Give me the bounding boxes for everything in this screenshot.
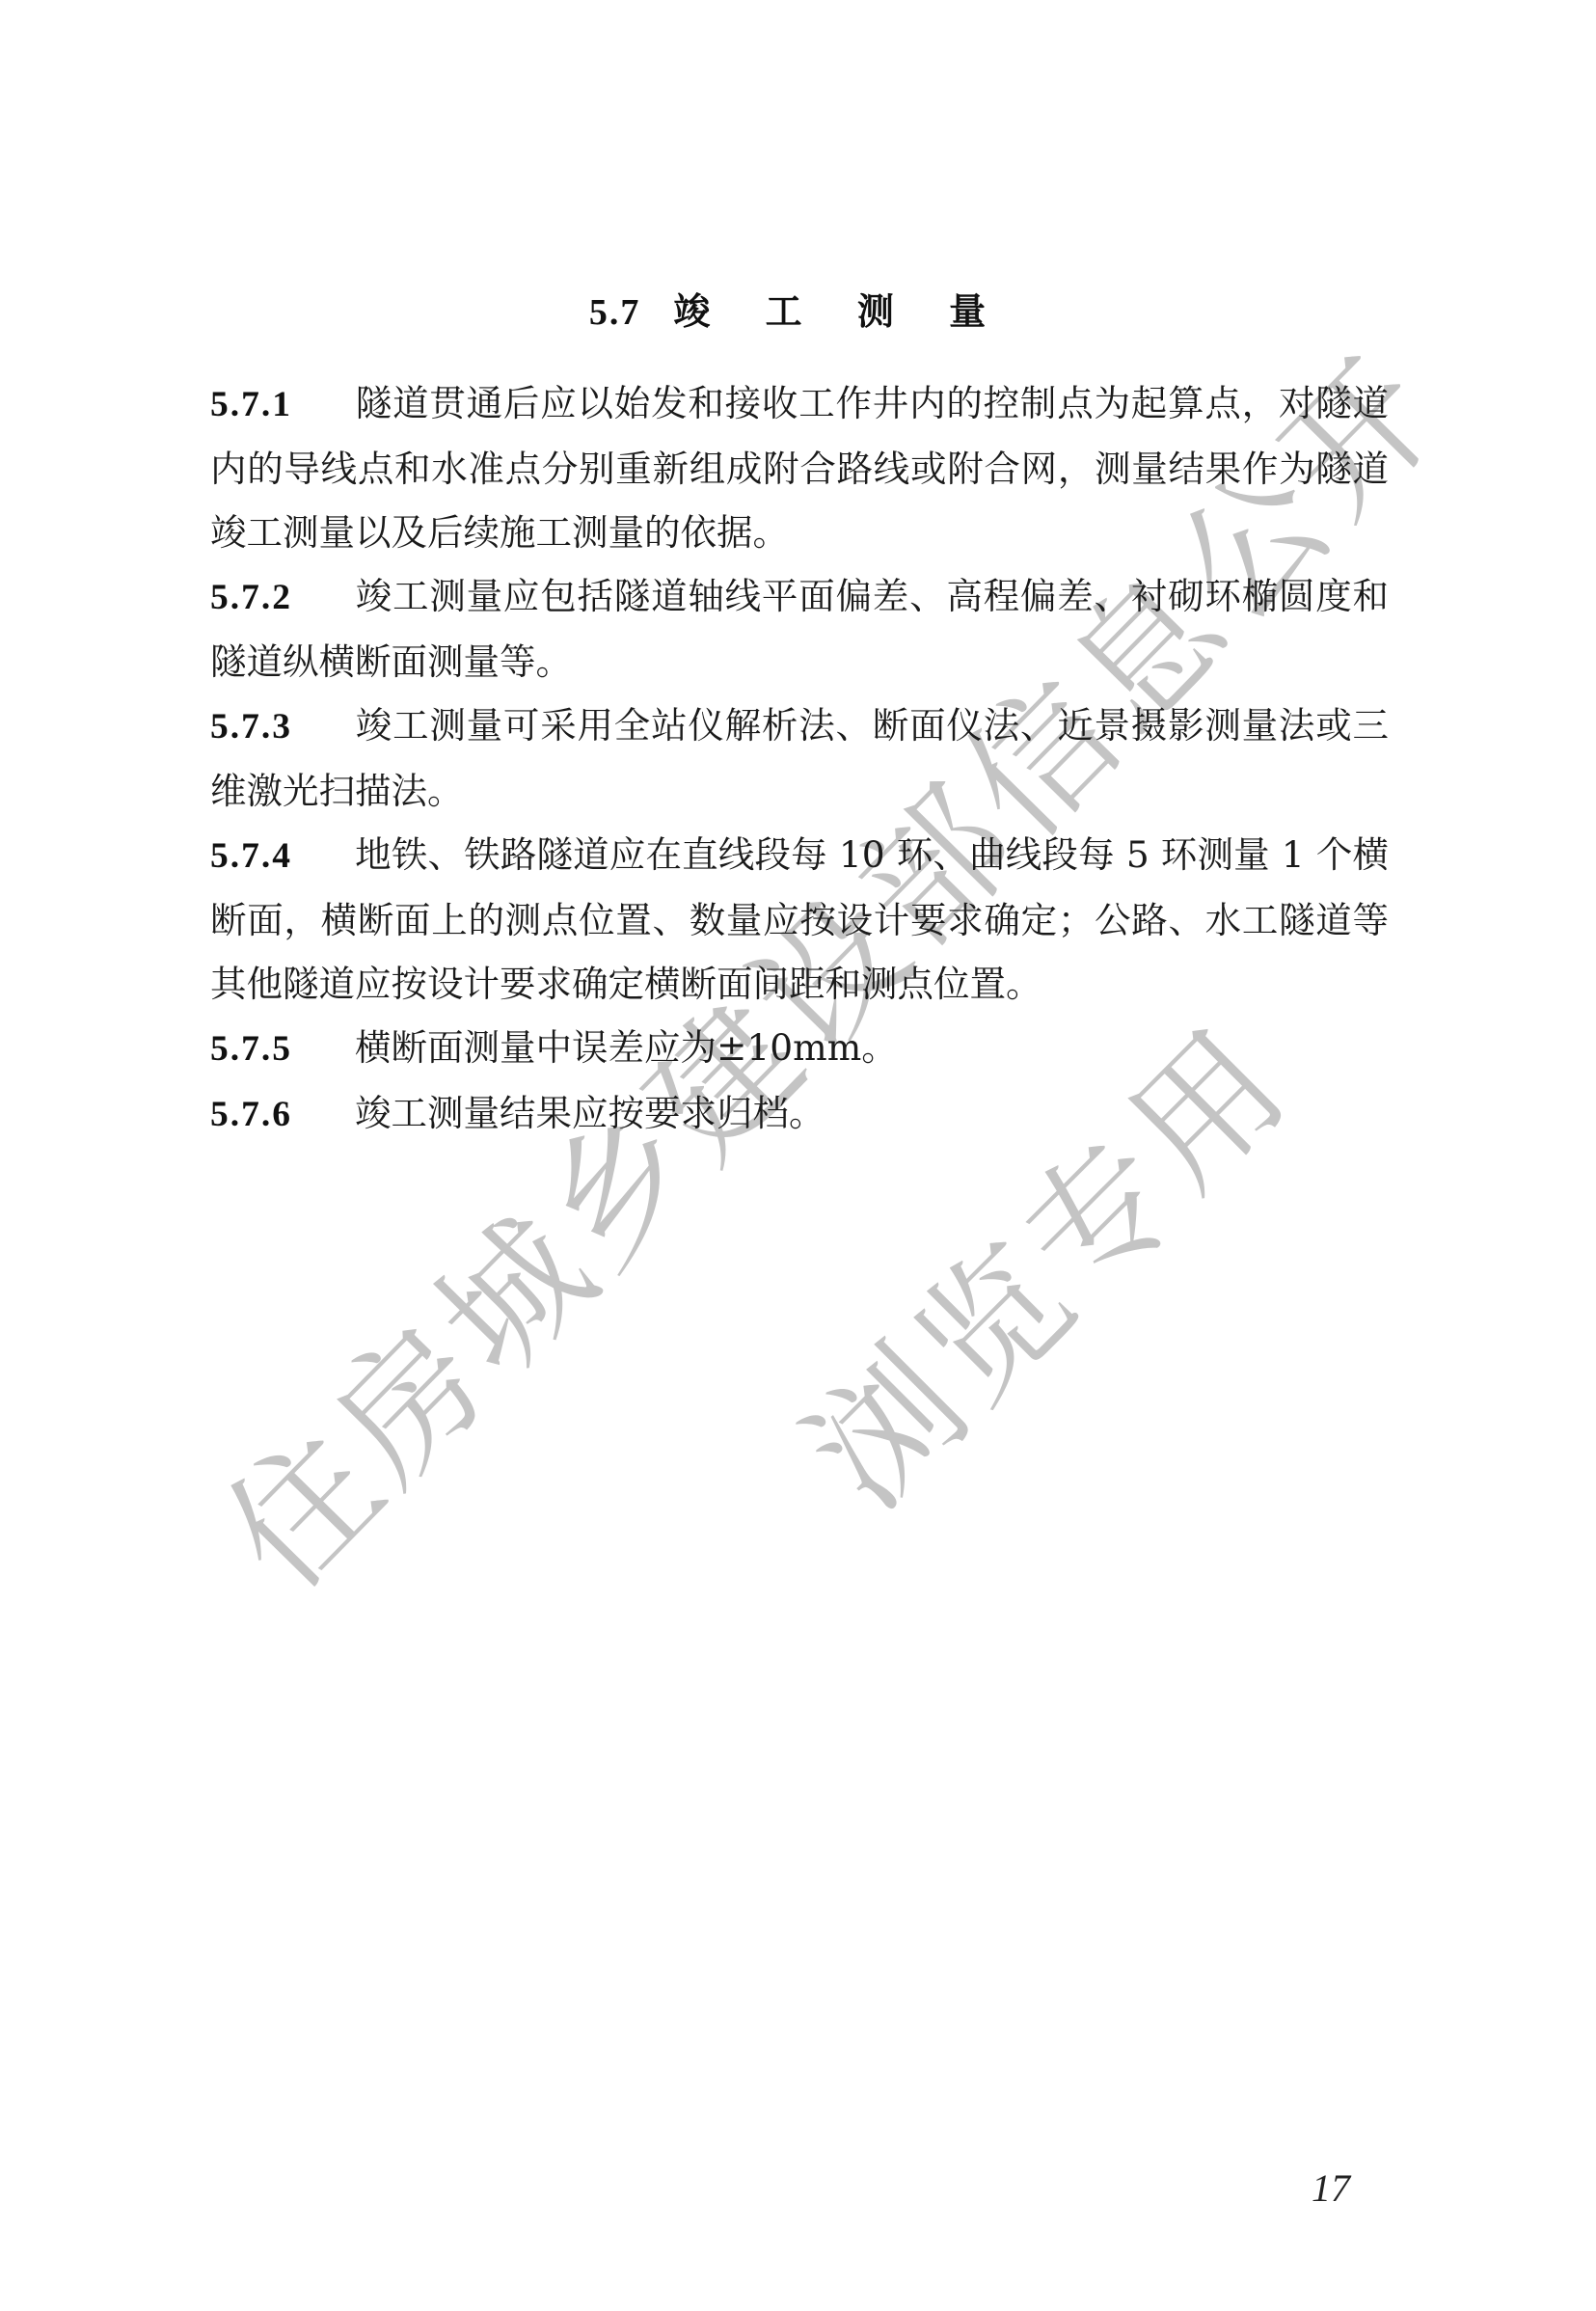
section-title-text: 竣 工 测 量 [673,290,1007,333]
clause-text: 竣工测量可采用全站仪解析法、断面仪法、近景摄影测量法或三维激光扫描法。 [210,704,1389,812]
clause-5-7-6: 5.7.6竣工测量结果应按要求归档。 [210,1081,1389,1147]
clause-5-7-1: 5.7.1隧道贯通后应以始发和接收工作井内的控制点为起算点，对隧道内的导线点和水… [210,371,1389,564]
clause-5-7-3: 5.7.3竣工测量可采用全站仪解析法、断面仪法、近景摄影测量法或三维激光扫描法。 [210,693,1389,823]
section-title: 5.7竣 工 测 量 [0,282,1596,335]
clause-list: 5.7.1隧道贯通后应以始发和接收工作井内的控制点为起算点，对隧道内的导线点和水… [210,371,1389,1147]
clause-5-7-5: 5.7.5横断面测量中误差应为±10mm。 [210,1016,1389,1081]
clause-number: 5.7.4 [210,825,355,888]
clause-number: 5.7.2 [210,566,355,630]
page-number: 17 [1312,2165,1350,2211]
clause-text: 隧道贯通后应以始发和接收工作井内的控制点为起算点，对隧道内的导线点和水准点分别重… [210,382,1389,554]
clause-number: 5.7.6 [210,1083,355,1147]
clause-text: 竣工测量应包括隧道轴线平面偏差、高程偏差、衬砌环椭圆度和隧道纵横断面测量等。 [210,575,1389,683]
clause-number: 5.7.3 [210,695,355,759]
section-number: 5.7 [589,292,641,333]
clause-text: 横断面测量中误差应为±10mm。 [355,1026,898,1069]
clause-number: 5.7.1 [210,373,355,437]
document-page: 住房城乡建设部信息公开 浏览专用 5.7竣 工 测 量 5.7.1隧道贯通后应以… [0,0,1596,2311]
clause-5-7-4: 5.7.4地铁、铁路隧道应在直线段每 10 环、曲线段每 5 环测量 1 个横断… [210,823,1389,1016]
clause-number: 5.7.5 [210,1018,355,1081]
clause-text: 竣工测量结果应按要求归档。 [355,1092,825,1134]
clause-text: 地铁、铁路隧道应在直线段每 10 环、曲线段每 5 环测量 1 个横断面，横断面… [210,833,1389,1005]
clause-5-7-2: 5.7.2竣工测量应包括隧道轴线平面偏差、高程偏差、衬砌环椭圆度和隧道纵横断面测… [210,564,1389,693]
